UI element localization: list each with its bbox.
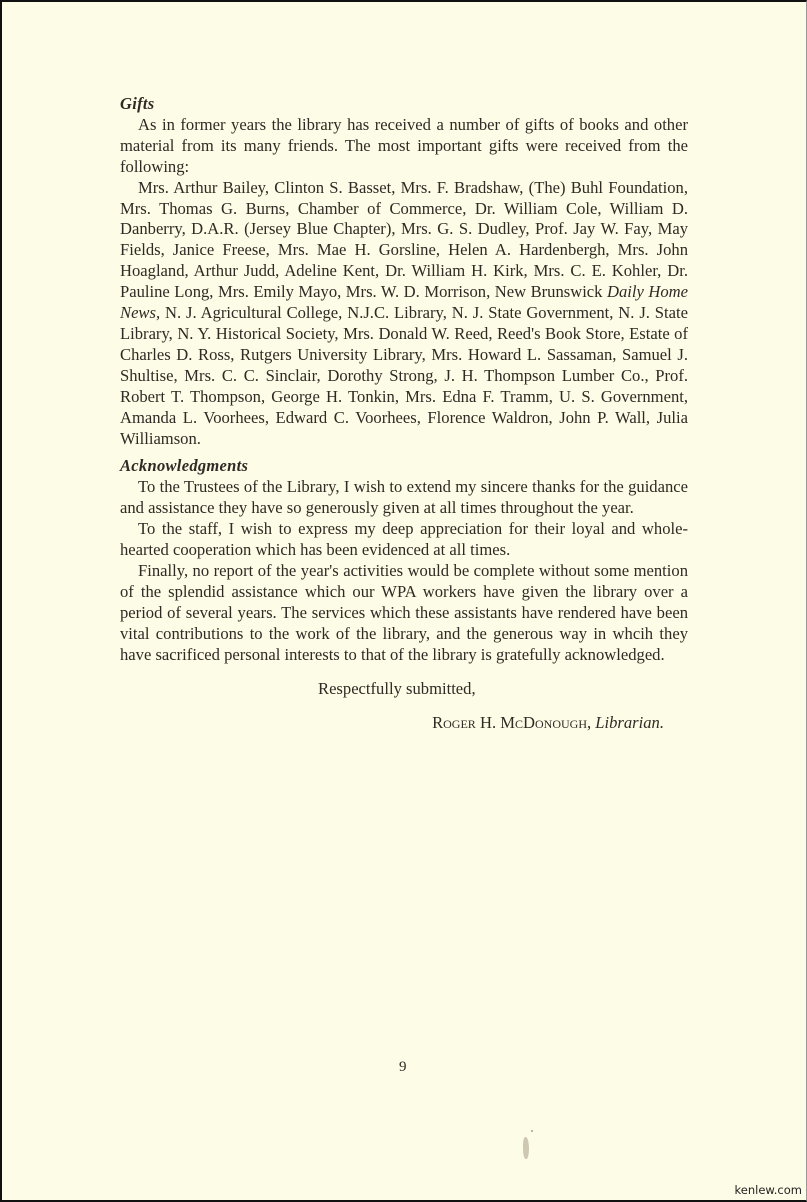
acknowledgments-heading: Acknowledgments — [120, 456, 688, 477]
closing-salutation: Respectfully submitted, — [120, 679, 688, 700]
gifts-heading: Gifts — [120, 94, 688, 115]
acknowledgment-paragraph-staff: To the staff, I wish to express my deep … — [120, 519, 688, 561]
signer-title: Librarian. — [595, 713, 664, 732]
document-page: Gifts As in former years the library has… — [0, 0, 807, 1202]
donor-list-text-part-2: N. J. Agricultural College, N.J.C. Libra… — [120, 303, 688, 447]
signer-name: Roger H. McDonough, — [432, 713, 591, 732]
watermark-text: kenlew.com — [735, 1183, 802, 1197]
donor-list-text-part-1: Mrs. Arthur Bailey, Clinton S. Basset, M… — [120, 178, 688, 302]
acknowledgment-paragraph-wpa: Finally, no report of the year's activit… — [120, 561, 688, 666]
gifts-intro-paragraph: As in former years the library has recei… — [120, 115, 688, 178]
page-content: Gifts As in former years the library has… — [120, 94, 688, 734]
signature-line: Roger H. McDonough, Librarian. — [120, 713, 688, 734]
gifts-donor-list: Mrs. Arthur Bailey, Clinton S. Basset, M… — [120, 178, 688, 450]
acknowledgment-paragraph-trustees: To the Trustees of the Library, I wish t… — [120, 477, 688, 519]
page-number: 9 — [399, 1059, 407, 1076]
ink-speck — [531, 1130, 533, 1132]
ink-smudge — [523, 1137, 529, 1159]
